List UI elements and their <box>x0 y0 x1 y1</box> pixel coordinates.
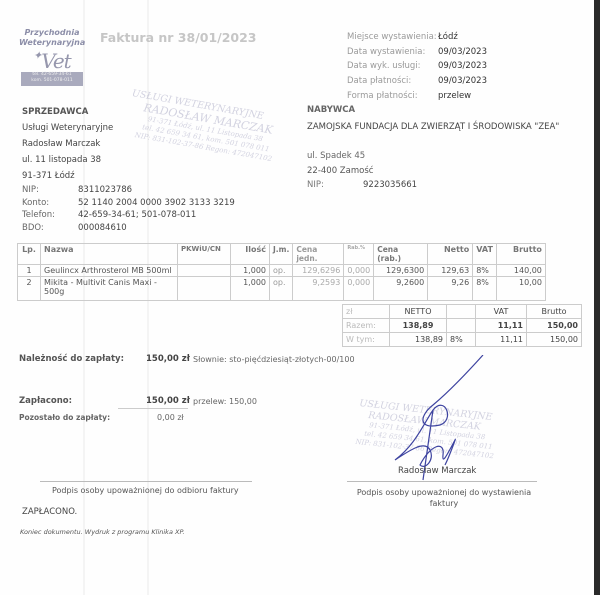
buyer-street: ul. Spadek 45 <box>307 149 559 164</box>
paid-value: 150,00 zł <box>146 396 190 406</box>
seller-nip: NIP:8311023786 <box>22 184 235 197</box>
items-header-row: Lp. Nazwa PKWiU/CN Ilość J.m. Cena jedn.… <box>18 244 546 265</box>
item-row: 1 Geulincx Arthrosterol MB 500ml 1,000 o… <box>18 265 546 277</box>
remaining-label: Pozostało do zapłaty: <box>19 413 110 422</box>
clinic-logo: Przychodnia Weterynaryjna ✦Vet tel. 42-6… <box>19 28 85 88</box>
invoice-page: Przychodnia Weterynaryjna ✦Vet tel. 42-6… <box>0 0 594 595</box>
amount-due-label: Należność do zapłaty: <box>19 354 124 364</box>
meta-row: Data wyk. usługi:09/03/2023 <box>347 59 487 74</box>
footer-note: Koniec dokumentu. Wydruk z programu Klin… <box>20 528 185 536</box>
col-vat: VAT <box>473 244 497 265</box>
col-pkwiu: PKWiU/CN <box>178 244 231 265</box>
seller-line: Radosław Marczak <box>22 136 235 152</box>
col-lp: Lp. <box>18 244 41 265</box>
col-discount: Rab.% <box>344 244 374 265</box>
invoice-title: Faktura nr 38/01/2023 <box>100 30 257 45</box>
paid-label: Zapłacono: <box>19 396 72 406</box>
buyer-block: NABYWCA ZAMOJSKA FUNDACJA DLA ZWIERZĄT I… <box>307 105 559 191</box>
buyer-name: ZAMOJSKA FUNDACJA DLA ZWIERZĄT I ŚRODOWI… <box>307 122 559 132</box>
item-row: 2 Mikita - Multivit Canis Maxi - 500g 1,… <box>18 277 546 301</box>
summary-total-row: Razem: 138,89 11,11 150,00 <box>343 319 582 333</box>
paid-note: ZAPŁACONO. <box>22 507 77 517</box>
logo-contact-bar: tel. 42-659-34-61kom. 501-078-011 <box>21 72 83 86</box>
summary-header-row: zł NETTO VAT Brutto <box>343 305 582 319</box>
logo-line-1: Przychodnia <box>19 28 85 38</box>
seller-phone: Telefon:42-659-34-61; 501-078-011 <box>22 209 235 222</box>
seller-line: ul. 11 listopada 38 <box>22 152 235 168</box>
receiver-signature-line <box>40 481 252 482</box>
divider <box>118 408 188 409</box>
meta-row: Data płatności:09/03/2023 <box>347 74 487 89</box>
amount-due-value: 150,00 zł <box>146 354 190 364</box>
buyer-city: 22-400 Zamość <box>307 164 559 179</box>
seller-line: Usługi Weterynaryjne <box>22 120 235 136</box>
buyer-nip: NIP:9223035661 <box>307 179 559 191</box>
remaining-value: 0,00 zł <box>157 413 184 422</box>
item-name: Mikita - Multivit Canis Maxi - 500g <box>41 277 178 301</box>
seller-line: 91-371 Łódź <box>22 168 235 184</box>
col-unit: J.m. <box>270 244 293 265</box>
col-price-disc: Cena (rab.) <box>374 244 428 265</box>
seller-account: Konto:52 1140 2004 0000 3902 3133 3219 <box>22 197 235 210</box>
amount-in-words: Słownie: sto-pięćdziesiąt-złotych-00/100 <box>193 355 355 364</box>
col-gross: Brutto <box>496 244 545 265</box>
issuer-signature-line <box>347 481 537 482</box>
seller-heading: SPRZEDAWCA <box>22 104 235 120</box>
logo-line-2: Weterynaryjna <box>19 38 85 48</box>
summary-table: zł NETTO VAT Brutto Razem: 138,89 11,11 … <box>342 304 582 347</box>
receiver-signature-caption: Podpis osoby upoważnionej do odbioru fak… <box>52 486 239 495</box>
meta-row: Miejsce wystawienia:Łódź <box>347 30 487 45</box>
seller-block: SPRZEDAWCA Usługi Weterynaryjne Radosław… <box>22 104 235 235</box>
issuer-name: Radosław Marczak <box>398 466 476 476</box>
summary-vat-row: W tym: 138,89 8% 11,11 150,00 <box>343 333 582 347</box>
buyer-heading: NABYWCA <box>307 105 559 115</box>
col-name: Nazwa <box>41 244 178 265</box>
scan-edge <box>594 0 600 595</box>
item-name: Geulincx Arthrosterol MB 500ml <box>41 265 178 277</box>
meta-row: Forma płatności:przelew <box>347 89 487 104</box>
seller-bdo: BDO:000084610 <box>22 222 235 235</box>
invoice-meta: Miejsce wystawienia:Łódź Data wystawieni… <box>347 30 487 104</box>
col-net: Netto <box>428 244 473 265</box>
issuer-signature-caption: Podpis osoby upoważnionej do wystawienia… <box>346 487 542 509</box>
col-price: Cena jedn. <box>293 244 344 265</box>
paid-method: przelew: 150,00 <box>193 397 257 406</box>
col-qty: Ilość <box>231 244 270 265</box>
items-table: Lp. Nazwa PKWiU/CN Ilość J.m. Cena jedn.… <box>17 243 546 301</box>
logo-brand: ✦Vet <box>33 49 71 73</box>
meta-row: Data wystawienia:09/03/2023 <box>347 45 487 60</box>
